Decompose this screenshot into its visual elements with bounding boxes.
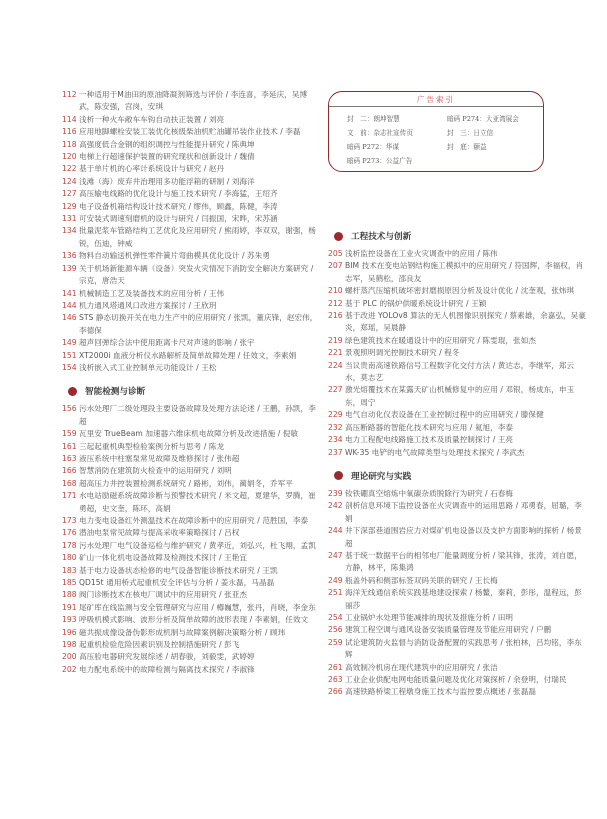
article-title: 矿山一体化机电设备故障及检测技术探讨 / 王艳宜 [79,553,247,562]
toc-entry: 154浅析嵌入式工业控制单元功能设计 / 王松 [62,362,320,374]
page-number: 144 [62,300,79,312]
page-number: 232 [328,422,345,434]
article-title: 高效制冷机房在现代建筑中的应用研究 / 张洁 [345,663,498,672]
article-title: 浅析嵌入式工业控制单元功能设计 / 王松 [79,363,216,372]
toc-entry: 127高压输电线路的优化设计与施工技术研究 / 李海猛，王绍齐 [62,188,320,200]
section-title: 智能检测与诊断 [85,385,145,397]
article-title: 基于改进 YOLOv8 算法的无人机图像识别探究 / 蔡素雄，余嘉弘，吴豪炎，郑… [345,311,586,332]
toc-entry: 131可安装式调速刻磨机的设计与研究 / 闫振国，宋晔，宋苏涵 [62,213,320,225]
section-header: 智能检测与诊断 [62,384,320,398]
toc-entry: 202电力配电系统中的故障检测与隔离技术探究 / 李淑锋 [62,664,320,676]
page-number: 227 [328,384,345,396]
article-title: 阀门诊断技术在核电厂调试中的应用研究 / 张亚杰 [79,590,247,599]
article-title: 景观照明调光控制技术研究 / 程冬 [345,348,460,357]
article-title: 螺杆蒸汽压缩机破坏密封磨损原因分析及设计优化 / 沈奎观，张炜琪 [345,286,574,295]
page-number: 124 [62,176,79,188]
toc-entry: 237WK-35 电铲的电气故障类型与处理技术探究 / 李武杰 [328,447,586,459]
toc-entry: 219绿色建筑技术在暖通设计中的应用研究 / 陈雯琨，张如杰 [328,335,586,347]
toc-entry: 112一种适用于M油田的原油降凝剂筛选与评价 / 李连喜，李延庆，吴博武，陈安强… [62,89,320,114]
toc-entry: 114浅析一种火车敞车车钩自动扶正装置 / 刘亮 [62,114,320,126]
article-title: 基于电力设备状态检修的电气设备智能诊断技术研究 / 王凯 [79,566,278,575]
article-title: 可安装式调速刻磨机的设计与研究 / 闫振国，宋晔，宋苏涵 [79,214,278,223]
section-header: 工程技术与创新 [328,229,586,243]
toc-entry: 200高压验电器研究发展综述 / 胡春骏，刘毅雯，武婷婷 [62,651,320,663]
article-title: 机力通风塔通风口改进方案探讨 / 王欣玥 [79,301,216,310]
section-title: 工程技术与创新 [351,230,411,242]
page-number: 196 [62,627,79,639]
article-title: 批量泥浆车管路结构工艺优化及应用研究 / 熊雨婷，李双双，谢强，杨锐，伍迪，钟威 [79,226,316,247]
toc-entry: 178污水处理厂电气设备巡检与维护研究 / 黄孝近，刘弘兴，杜飞翔，孟凯 [62,540,320,552]
toc-entry: 232高压断路器的智能化技术研究与应用 / 氦旭，李泰 [328,422,586,434]
page-number: 122 [62,163,79,175]
toc-entry: 141机械制造工艺及装备技术的应用分析 / 王伟 [62,288,320,300]
article-title: 电气自动化仪表设备在工业控制过程中的应用研究 / 滕保健 [345,410,544,419]
page-number: 173 [62,515,79,527]
ad-item: 暗码 P273：公益广告 [347,154,447,168]
article-title: QD15t 通用桥式起重机安全评估与分析 / 姜永磊，马晶磊 [79,578,274,587]
toc-entry: 183基于电力设备状态检修的电气设备智能诊断技术研究 / 王凯 [62,565,320,577]
toc-entry: 193呼吸机模式影响、波形分析及简单故障的波形表现 / 李素娟，任效文 [62,614,320,626]
section-bullet-icon [334,232,343,241]
article-title: 剖析信息环境下监控设备在火灾调查中的运用思路 / 邓勇春，屈璐，李娟 [345,501,582,522]
article-title: WK-35 电铲的电气故障类型与处理技术探究 / 李武杰 [345,448,525,457]
ad-item: 暗码 P274：大亚湾展会 [447,112,544,126]
article-title: 钕铁硼真空熔炼中氧碳杂质脱除行为研究 / 石春梅 [345,489,513,498]
page-number: 229 [328,409,345,421]
toc-entry: 151XT2000i 血液分析仪水路解析及简单故障处理 / 任效文，李素娟 [62,350,320,362]
article-title: BIM 技术在变电站钢结构施工模拟中的应用研究 / 符国辉，李福权，肖志军，吴鹤… [345,261,583,282]
page-number: 259 [328,637,345,649]
page-number: 163 [62,453,79,465]
section-bullet-icon [334,471,343,480]
toc-entry: 251海洋无线通信系统实践基地建设探索 / 杨鳌，秦莉，彭彤，温程远，彭丽莎 [328,587,586,612]
page-number: 180 [62,552,79,564]
article-title: 浅滩（海）废弃井治理用多功能浮箱的研制 / 刘海洋 [79,177,255,186]
toc-entry: 122基于单片机的心率计系统设计与研究 / 赵丹 [62,163,320,175]
article-title: 高压验电器研究发展综述 / 胡春骏，刘毅雯，武婷婷 [79,652,255,661]
toc-entry: 124浅滩（海）废弃井治理用多功能浮箱的研制 / 刘海洋 [62,176,320,188]
page-number: 266 [328,686,345,698]
toc-entry: 210螺杆蒸汽压缩机破坏密封磨损原因分析及设计优化 / 沈奎观，张炜琪 [328,285,586,297]
page-number: 234 [328,434,345,446]
article-title: 超高压力井控装置检测系统研究 / 路彬，刘伟，蔺娟冬，乔军平 [79,479,293,488]
toc-entries-top: 112一种适用于M油田的原油降凝剂筛选与评价 / 李连喜，李延庆，吴博武，陈安强… [62,89,320,374]
page-number: 200 [62,651,79,663]
article-title: 高压输电线路的优化设计与施工技术研究 / 李海猛，王绍齐 [79,189,278,198]
page-number: 151 [62,350,79,362]
article-title: 基于统一数据平台的相邻电厂能量调度分析 / 梁其锋，张涛，刘自愿，方静，林平，陈… [345,551,582,572]
toc-entry: 266高速铁路桥梁工程墩身施工技术与监控要点概述 / 张磊磊 [328,686,586,698]
toc-entry: 176潜油电泵常见故障与提高采收率策略探讨 / 吕权 [62,527,320,539]
article-title: STS 静态切换开关在电力生产中的应用研究 / 张凯，董庆锋，赵宏伟，李德保 [79,313,317,334]
ad-index-list: 封 二：朗坤智慧 暗码 P274：大亚湾展会 文 前：杂志社宣传页 封 三：日立… [329,107,543,168]
article-title: 磁共振成像设备伪影形成机制与故障案例解决策略分析 / 顾玮 [79,628,285,637]
article-title: 建筑工程空调与通风设备安装质量管理及节能应用研究 / 户鹏 [345,625,551,634]
page-number: 114 [62,114,79,126]
page-number: 249 [328,575,345,587]
page-number: 134 [62,225,79,237]
page-number: 247 [328,550,345,562]
article-title: 浅析一种火车敞车车钩自动扶正装置 / 刘亮 [79,115,224,124]
page-number: 120 [62,151,79,163]
page-number: 168 [62,478,79,490]
toc-entry: 144机力通风塔通风口改进方案探讨 / 王欣玥 [62,300,320,312]
page-number: 237 [328,447,345,459]
page-number: 178 [62,540,79,552]
toc-left-column: 112一种适用于M油田的原油降凝剂筛选与评价 / 李连喜，李延庆，吴博武，陈安强… [62,89,320,676]
ad-index-box: 广告索引 封 二：朗坤智慧 暗码 P274：大亚湾展会 文 前：杂志社宣传页 封… [328,91,544,172]
article-title: 应用地脚螺栓安装工装优化核级柴油机贮油罐吊装作业技术 / 李磊 [79,127,301,136]
page-number: 131 [62,213,79,225]
toc-entry: 188阀门诊断技术在核电厂调试中的应用研究 / 张亚杰 [62,589,320,601]
ad-item: 封 三：日立信 [447,126,544,140]
toc-entry: 216基于改进 YOLOv8 算法的无人机图像识别探究 / 蔡素雄，余嘉弘，吴豪… [328,310,586,335]
page-number: 118 [62,139,79,151]
page-number: 224 [328,360,345,372]
page-number: 254 [328,612,345,624]
toc-entry: 256建筑工程空调与通风设备安装质量管理及节能应用研究 / 户鹏 [328,624,586,636]
article-title: 瓶盖外码和侧部标签双码关联的研究 / 王长梅 [345,576,498,585]
toc-entry: 263工业企业供配电网电能质量问题及优化对策探析 / 余登明，付瑞民 [328,674,586,686]
toc-entry: 116应用地脚螺栓安装工装优化核级柴油机贮油罐吊装作业技术 / 李磊 [62,126,320,138]
article-title: 潜油电泵常见故障与提高采收率策略探讨 / 吕权 [79,528,239,537]
toc-entry: 180矿山一体化机电设备故障及检测技术探讨 / 王艳宜 [62,552,320,564]
page-number: 205 [328,248,345,260]
article-title: 高速铁路桥梁工程墩身施工技术与监控要点概述 / 张磊磊 [345,687,536,696]
page-number: 216 [328,310,345,322]
article-title: 物料自动输送机弹性零件簧片弯曲模具优化设计 / 苏朱勇 [79,251,270,260]
page-number: 116 [62,126,79,138]
toc-entry: 136物料自动输送机弹性零件簧片弯曲模具优化设计 / 苏朱勇 [62,250,320,262]
article-title: 基于 PLC 的锅炉供暖系统设计研究 / 王颖 [345,299,486,308]
page-number: 251 [328,587,345,599]
page-number: 161 [62,441,79,453]
toc-entry: 212基于 PLC 的锅炉供暖系统设计研究 / 王颖 [328,298,586,310]
toc-entry: 149超声回弹综合法中使用距离卡尺对声速的影响 / 张宇 [62,337,320,349]
toc-entry: 161三起起重机典型检验案例分析与思考 / 陈龙 [62,441,320,453]
toc-entries-section: 205浅析监控设备在工业火灾调查中的应用 / 陈伟207BIM 技术在变电站钢结… [328,248,586,459]
toc-entry: 171水电站励磁系统故障诊断与预警技术研究 / 米文超，夏建华，罗腾，崔勇超，史… [62,490,320,515]
ad-item: 封 二：朗坤智慧 [347,112,447,126]
page-number: 129 [62,201,79,213]
article-title: 当议贵南高速铁路信号工程数字化交付方法 / 黄达志，李继军，郑云水，莫志艺 [345,361,574,382]
page-number: 256 [328,624,345,636]
article-title: 浅析监控设备在工业火灾调查中的应用 / 陈伟 [345,249,498,258]
page-number: 183 [62,565,79,577]
toc-entry: 221景观照明调光控制技术研究 / 程冬 [328,347,586,359]
toc-entry: 224当议贵南高速铁路信号工程数字化交付方法 / 黄达志，李继军，郑云水，莫志艺 [328,360,586,385]
article-title: 高压断路器的智能化技术研究与应用 / 氦旭，李泰 [345,423,513,432]
article-title: 井下深部巷道围岩应力对煤矿机电设备以及支护方面影响的探析 / 杨景超 [345,526,582,547]
toc-entry: 205浅析监控设备在工业火灾调查中的应用 / 陈伟 [328,248,586,260]
article-title: 电力工程配电线路施工技术及质量控制探讨 / 王亮 [345,435,513,444]
toc-entry: 227激光熔覆技术在某露天矿山机械修复中的应用 / 邓银，杨成东，申玉东，周宁 [328,384,586,409]
toc-right-column: 工程技术与创新 205浅析监控设备在工业火灾调查中的应用 / 陈伟207BIM … [328,229,586,699]
page-number: 159 [62,428,79,440]
toc-entry: 159瓦里安 TrueBeam 加速器六维床机电故障分析及改进措施 / 倪敏 [62,428,320,440]
toc-entry: 234电力工程配电线路施工技术及质量控制探讨 / 王亮 [328,434,586,446]
article-title: 瓦里安 TrueBeam 加速器六维床机电故障分析及改进措施 / 倪敏 [79,429,298,438]
article-title: 污水处理厂二级处理段主要设备故障及处理方法论述 / 王鹏，孙凯，李超 [79,404,316,425]
toc-entry: 134批量泥浆车管路结构工艺优化及应用研究 / 熊雨婷，李双双，谢强，杨锐，伍迪… [62,225,320,250]
ad-item: 封 底：颐益 [447,140,544,154]
toc-entry: 118高强度低合金钢的组织调控与性能提升研究 / 陈典坤 [62,139,320,151]
toc-entry: 191尾矿库在线监测与安全管理研究与应用 / 樽巍慧，张丹，肖晓，李金东 [62,602,320,614]
page-number: 239 [328,488,345,500]
toc-entry: 120电梯上行超速保护装置的研究现状和创新设计 / 魏倩 [62,151,320,163]
page-number: 171 [62,490,79,502]
page-number: 146 [62,312,79,324]
article-title: 工业企业供配电网电能质量问题及优化对策探析 / 余登明，付瑞民 [345,675,567,684]
article-title: 绿色建筑技术在暖通设计中的应用研究 / 陈雯琨，张如杰 [345,336,536,345]
article-title: 电子设备机箱结构设计技术研究 / 缪伟，顾鑫，陈健，李涛 [79,202,278,211]
article-title: 激光熔覆技术在某露天矿山机械修复中的应用 / 邓银，杨成东，申玉东，周宁 [345,385,574,406]
page-number: 154 [62,362,79,374]
article-title: 高强度低合金钢的组织调控与性能提升研究 / 陈典坤 [79,140,255,149]
toc-entry: 247基于统一数据平台的相邻电厂能量调度分析 / 梁其锋，张涛，刘自愿，方静，林… [328,550,586,575]
page-number: 141 [62,288,79,300]
page-number: 166 [62,465,79,477]
article-title: 机械制造工艺及装备技术的应用分析 / 王伟 [79,289,224,298]
article-title: 海洋无线通信系统实践基地建设探索 / 杨鳌，秦莉，彭彤，温程远，彭丽莎 [345,588,582,609]
toc-entry: 139关于机场新能源车辆（设备）突发火灾情况下消防安全解决方案研究 / 宗克，唐… [62,263,320,288]
toc-entry: 129电子设备机箱结构设计技术研究 / 缪伟，顾鑫，陈健，李涛 [62,201,320,213]
page-number: 139 [62,263,79,275]
page-number: 207 [328,260,345,272]
toc-entry: 156污水处理厂二级处理段主要设备故障及处理方法论述 / 王鹏，孙凯，李超 [62,403,320,428]
toc-entries-section: 239钕铁硼真空熔炼中氧碳杂质脱除行为研究 / 石春梅242剖析信息环境下监控设… [328,488,586,699]
toc-entry: 163液压系统中柱塞泵常见故障及维修探讨 / 张伟超 [62,453,320,465]
article-title: 水电站励磁系统故障诊断与预警技术研究 / 米文超，夏建华，罗腾，崔勇超，史文奎，… [79,491,316,512]
page-number: 176 [62,527,79,539]
article-title: 尾矿库在线监测与安全管理研究与应用 / 樽巍慧，张丹，肖晓，李金东 [79,603,316,612]
toc-entry: 198起重机检验危险因素识别及控制措施研究 / 彭飞 [62,639,320,651]
article-title: XT2000i 血液分析仪水路解析及简单故障处理 / 任效文，李素娟 [79,351,296,360]
page-number: 202 [62,664,79,676]
toc-entry: 168超高压力井控装置检测系统研究 / 路彬，刘伟，蔺娟冬，乔军平 [62,478,320,490]
article-title: 超声回弹综合法中使用距离卡尺对声速的影响 / 张宇 [79,338,255,347]
toc-entry: 196磁共振成像设备伪影形成机制与故障案例解决策略分析 / 顾玮 [62,627,320,639]
page-number: 210 [328,285,345,297]
page-number: 188 [62,589,79,601]
section-bullet-icon [68,387,77,396]
article-title: 工业锅炉水处理节能减排的现状及措施分析 / 田明 [345,613,513,622]
page-number: 136 [62,250,79,262]
page-number: 156 [62,403,79,415]
page-number: 149 [62,337,79,349]
toc-entries-section: 156污水处理厂二级处理段主要设备故障及处理方法论述 / 王鹏，孙凯，李超159… [62,403,320,676]
ad-item: 文 前：杂志社宣传页 [347,126,447,140]
page-number: 221 [328,347,345,359]
page-number: 198 [62,639,79,651]
article-title: 电梯上行超速保护装置的研究现状和创新设计 / 魏倩 [79,152,255,161]
toc-entry: 173电力变电设备红外测温技术在故障诊断中的应用研究 / 范胜国，李泰 [62,515,320,527]
page-number: 219 [328,335,345,347]
article-title: 智慧消防在建筑防火检查中的运用研究 / 刘明 [79,466,232,475]
article-title: 污水处理厂电气设备巡检与维护研究 / 黄孝近，刘弘兴，杜飞翔，孟凯 [79,541,316,550]
toc-entry: 254工业锅炉水处理节能减排的现状及措施分析 / 田明 [328,612,586,624]
toc-entry: 244井下深部巷道围岩应力对煤矿机电设备以及支护方面影响的探析 / 杨景超 [328,525,586,550]
toc-entry: 185QD15t 通用桥式起重机安全评估与分析 / 姜永磊，马晶磊 [62,577,320,589]
page-number: 193 [62,614,79,626]
article-title: 电力变电设备红外测温技术在故障诊断中的应用研究 / 范胜国，李泰 [79,516,308,525]
article-title: 液压系统中柱塞泵常见故障及维修探讨 / 张伟超 [79,454,239,463]
toc-entry: 146STS 静态切换开关在电力生产中的应用研究 / 张凯，董庆锋，赵宏伟，李德… [62,312,320,337]
page-number: 127 [62,188,79,200]
page-number: 185 [62,577,79,589]
article-title: 电力配电系统中的故障检测与隔离技术探究 / 李淑锋 [79,665,255,674]
page-number: 112 [62,89,79,101]
page-number: 244 [328,525,345,537]
toc-entry: 242剖析信息环境下监控设备在火灾调查中的运用思路 / 邓勇春，屈璐，李娟 [328,500,586,525]
ad-index-title: 广告索引 [329,92,543,107]
article-title: 关于机场新能源车辆（设备）突发火灾情况下消防安全解决方案研究 / 宗克，唐浩天 [79,264,313,285]
page-number: 263 [328,674,345,686]
article-title: 一种适用于M油田的原油降凝剂筛选与评价 / 李连喜，李延庆，吴博武，陈安强，宫岗… [79,90,307,111]
article-title: 试论建筑防火监督与消防设备配置的实践思考 / 张柏林，吕均铭，李东辉 [345,638,582,659]
page-number: 212 [328,298,345,310]
article-title: 起重机检验危险因素识别及控制措施研究 / 彭飞 [79,640,239,649]
ad-item: 暗码 P272：华谋 [347,140,447,154]
article-title: 呼吸机模式影响、波形分析及简单故障的波形表现 / 李素娟，任效文 [79,615,308,624]
page-number: 191 [62,602,79,614]
toc-entry: 229电气自动化仪表设备在工业控制过程中的应用研究 / 滕保健 [328,409,586,421]
toc-entry: 259试论建筑防火监督与消防设备配置的实践思考 / 张柏林，吕均铭，李东辉 [328,637,586,662]
page-number: 261 [328,662,345,674]
page-number: 242 [328,500,345,512]
article-title: 三起起重机典型检验案例分析与思考 / 陈龙 [79,442,224,451]
toc-entry: 261高效制冷机房在现代建筑中的应用研究 / 张洁 [328,662,586,674]
article-title: 基于单片机的心率计系统设计与研究 / 赵丹 [79,164,224,173]
toc-entry: 166智慧消防在建筑防火检查中的运用研究 / 刘明 [62,465,320,477]
toc-entry: 207BIM 技术在变电站钢结构施工模拟中的应用研究 / 符国辉，李福权，肖志军… [328,260,586,285]
section-title: 理论研究与实践 [351,470,411,482]
section-header: 理论研究与实践 [328,469,586,483]
toc-entry: 239钕铁硼真空熔炼中氧碳杂质脱除行为研究 / 石春梅 [328,488,586,500]
toc-entry: 249瓶盖外码和侧部标签双码关联的研究 / 王长梅 [328,575,586,587]
